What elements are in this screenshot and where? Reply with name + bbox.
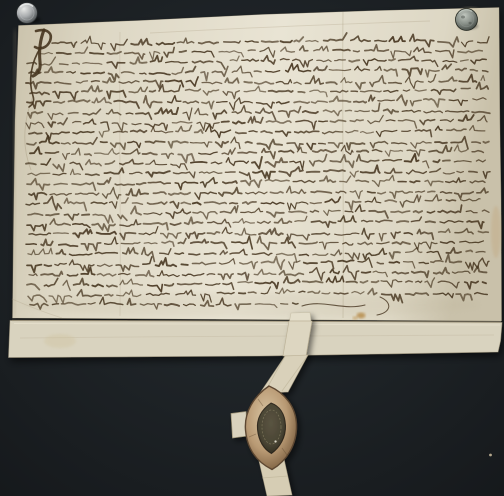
paperweight-right-mottle-2	[469, 22, 472, 24]
charter-photo: Photograph of a handwritten medieval par…	[0, 0, 504, 496]
tag-top-notch	[290, 313, 312, 322]
plica-fold	[9, 321, 503, 358]
debris-speck	[489, 454, 492, 457]
paperweight-right-disc	[456, 9, 478, 31]
seal-speck	[274, 440, 276, 442]
charter-photo-canvas: Photograph of a handwritten medieval par…	[0, 0, 504, 496]
paperweight-right-mottle-1	[461, 16, 465, 19]
paperweight-right	[456, 9, 479, 31]
